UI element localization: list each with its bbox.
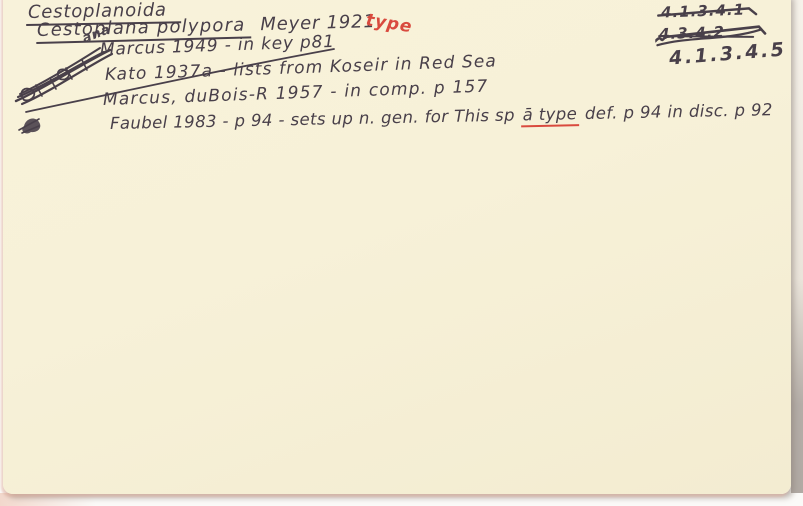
old-catalog-number: 4.3.4.2 <box>659 23 725 43</box>
scan-background-edge <box>791 0 803 506</box>
type-annotation: type <box>364 10 413 37</box>
red-underlined-word: ā type <box>520 104 579 127</box>
current-catalog-number: 4.1.3.4.5 <box>668 38 787 69</box>
entry-text: Faubel 1983 - p 94 - sets up n. gen. for… <box>110 105 521 133</box>
catalog-number-text: 4.3.4.2 <box>659 23 725 43</box>
old-catalog-number: 4.1.3.4.1 <box>661 1 746 22</box>
scan-background-bottom <box>0 493 803 506</box>
catalog-number-text: 4.1.3.4.1 <box>661 1 746 22</box>
entry-text: def. p 94 in disc. p 92 <box>579 100 773 123</box>
index-card: Cestoplanoida Cestoplana polyporaMeyer 1… <box>3 0 791 494</box>
